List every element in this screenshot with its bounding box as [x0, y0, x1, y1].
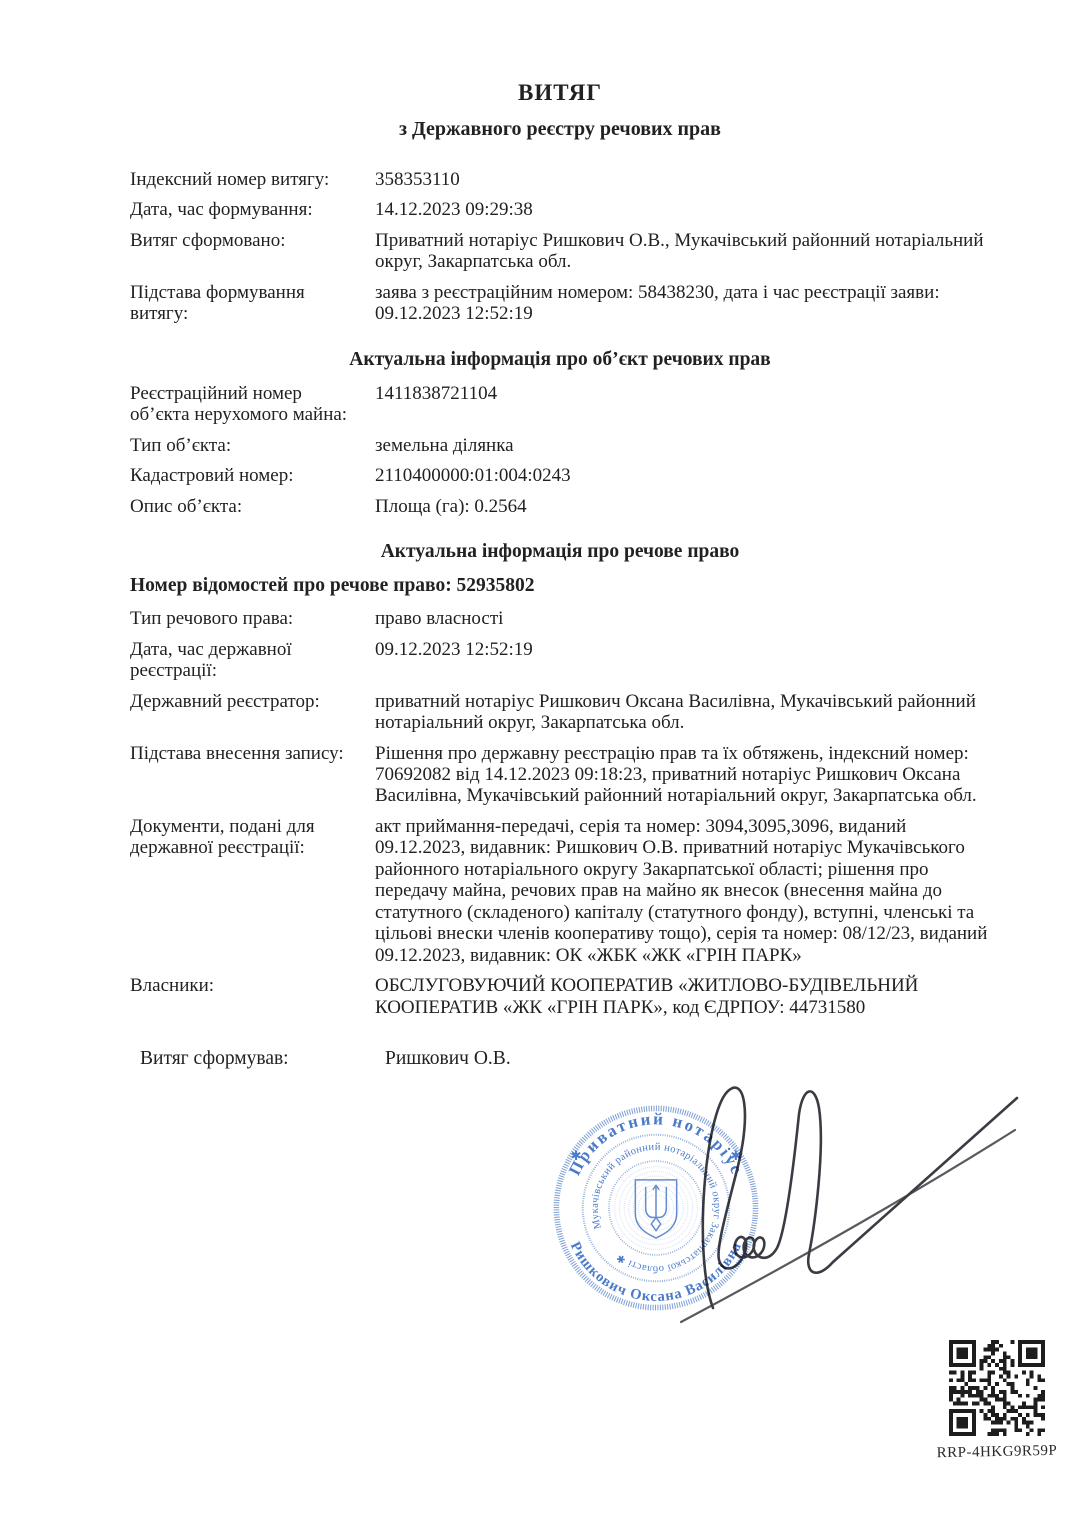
- object-fields: Реєстраційний номер об’єкта нерухомого м…: [130, 383, 990, 517]
- field-label: Опис об’єкта:: [130, 496, 375, 517]
- handwritten-signature: [585, 1072, 1035, 1330]
- field-value: земельна ділянка: [375, 435, 990, 456]
- signoff-value: Ришкович О.В.: [385, 1048, 1000, 1070]
- signature-stroke: [681, 1130, 1015, 1322]
- field-label: Реєстраційний номер об’єкта нерухомого м…: [130, 383, 375, 426]
- field-value: 1411838721104: [375, 383, 990, 426]
- field-value: 2110400000:01:004:0243: [375, 465, 990, 486]
- field-label: Підстава внесення запису:: [130, 743, 375, 807]
- document-title: ВИТЯГ: [130, 80, 990, 106]
- field-label: Тип об’єкта:: [130, 435, 375, 456]
- field-label: Дата, час формування:: [130, 199, 375, 220]
- section-heading-object: Актуальна інформація про об’єкт речових …: [130, 349, 990, 371]
- right-fields: Тип речового права: право власності Дата…: [130, 608, 990, 1018]
- field-label: Дата, час державної реєстрації:: [130, 639, 375, 682]
- field-label: Документи, подані для державної реєстрац…: [130, 816, 375, 966]
- field-value: акт приймання-передачі, серія та номер: …: [375, 816, 990, 966]
- field-label: Державний реєстратор:: [130, 691, 375, 734]
- field-value: приватний нотаріус Ришкович Оксана Васил…: [375, 691, 990, 734]
- signoff-row: Витяг сформував: Ришкович О.В.: [130, 1048, 990, 1070]
- field-label: Тип речового права:: [130, 608, 375, 629]
- field-value: Рішення про державну реєстрацію прав та …: [375, 743, 990, 807]
- qr-code: [949, 1340, 1045, 1436]
- document-page: ВИТЯГ з Державного реєстру речових прав …: [0, 0, 1080, 1526]
- field-label: Індексний номер витягу:: [130, 169, 375, 190]
- field-label: Кадастровий номер:: [130, 465, 375, 486]
- document-content: ВИТЯГ з Державного реєстру речових прав …: [130, 80, 990, 1070]
- field-value: 358353110: [375, 169, 990, 190]
- field-label: Витяг сформовано:: [130, 230, 375, 273]
- field-value: право власності: [375, 608, 990, 629]
- document-subtitle: з Державного реєстру речових прав: [130, 118, 990, 141]
- field-label: Власники:: [130, 975, 375, 1018]
- field-label: Підстава формування витягу:: [130, 282, 375, 325]
- signature-stroke: [703, 1088, 1017, 1308]
- field-value: 14.12.2023 09:29:38: [375, 199, 990, 220]
- field-value: 09.12.2023 12:52:19: [375, 639, 990, 682]
- signature-graphic: [585, 1072, 1035, 1330]
- section-heading-right: Актуальна інформація про речове право: [130, 541, 990, 563]
- record-number-line: Номер відомостей про речове право: 52935…: [130, 575, 990, 597]
- qr-block: RRP-4HKG9R59P: [932, 1340, 1062, 1461]
- field-value: ОБСЛУГОВУЮЧИЙ КООПЕРАТИВ «ЖИТЛОВО-БУДІВЕ…: [375, 975, 990, 1018]
- qr-pattern: [949, 1340, 1045, 1436]
- field-value: Площа (га): 0.2564: [375, 496, 990, 517]
- qr-label: RRP-4HKG9R59P: [932, 1443, 1062, 1463]
- field-value: Приватний нотаріус Ришкович О.В., Мукачі…: [375, 230, 990, 273]
- stamp-star-left-icon: ✱: [571, 1148, 582, 1163]
- header-fields: Індексний номер витягу: 358353110 Дата, …: [130, 169, 990, 325]
- signoff-label: Витяг сформував:: [140, 1048, 385, 1070]
- field-value: заява з реєстраційним номером: 58438230,…: [375, 282, 990, 325]
